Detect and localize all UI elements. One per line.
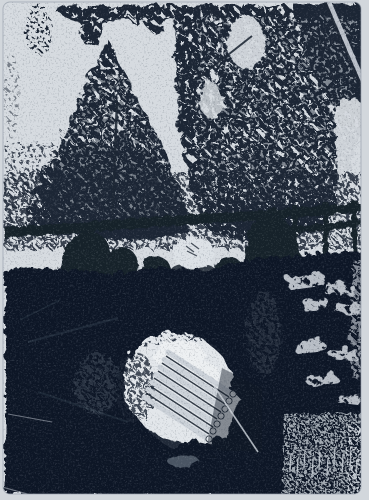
bridge-photograph: Old dry-stone arch bridge with a wooden … xyxy=(0,0,369,500)
film-grain xyxy=(3,2,361,494)
bridge-photo-frame: Old dry-stone arch bridge with a wooden … xyxy=(0,0,369,500)
grain-light xyxy=(3,2,361,494)
